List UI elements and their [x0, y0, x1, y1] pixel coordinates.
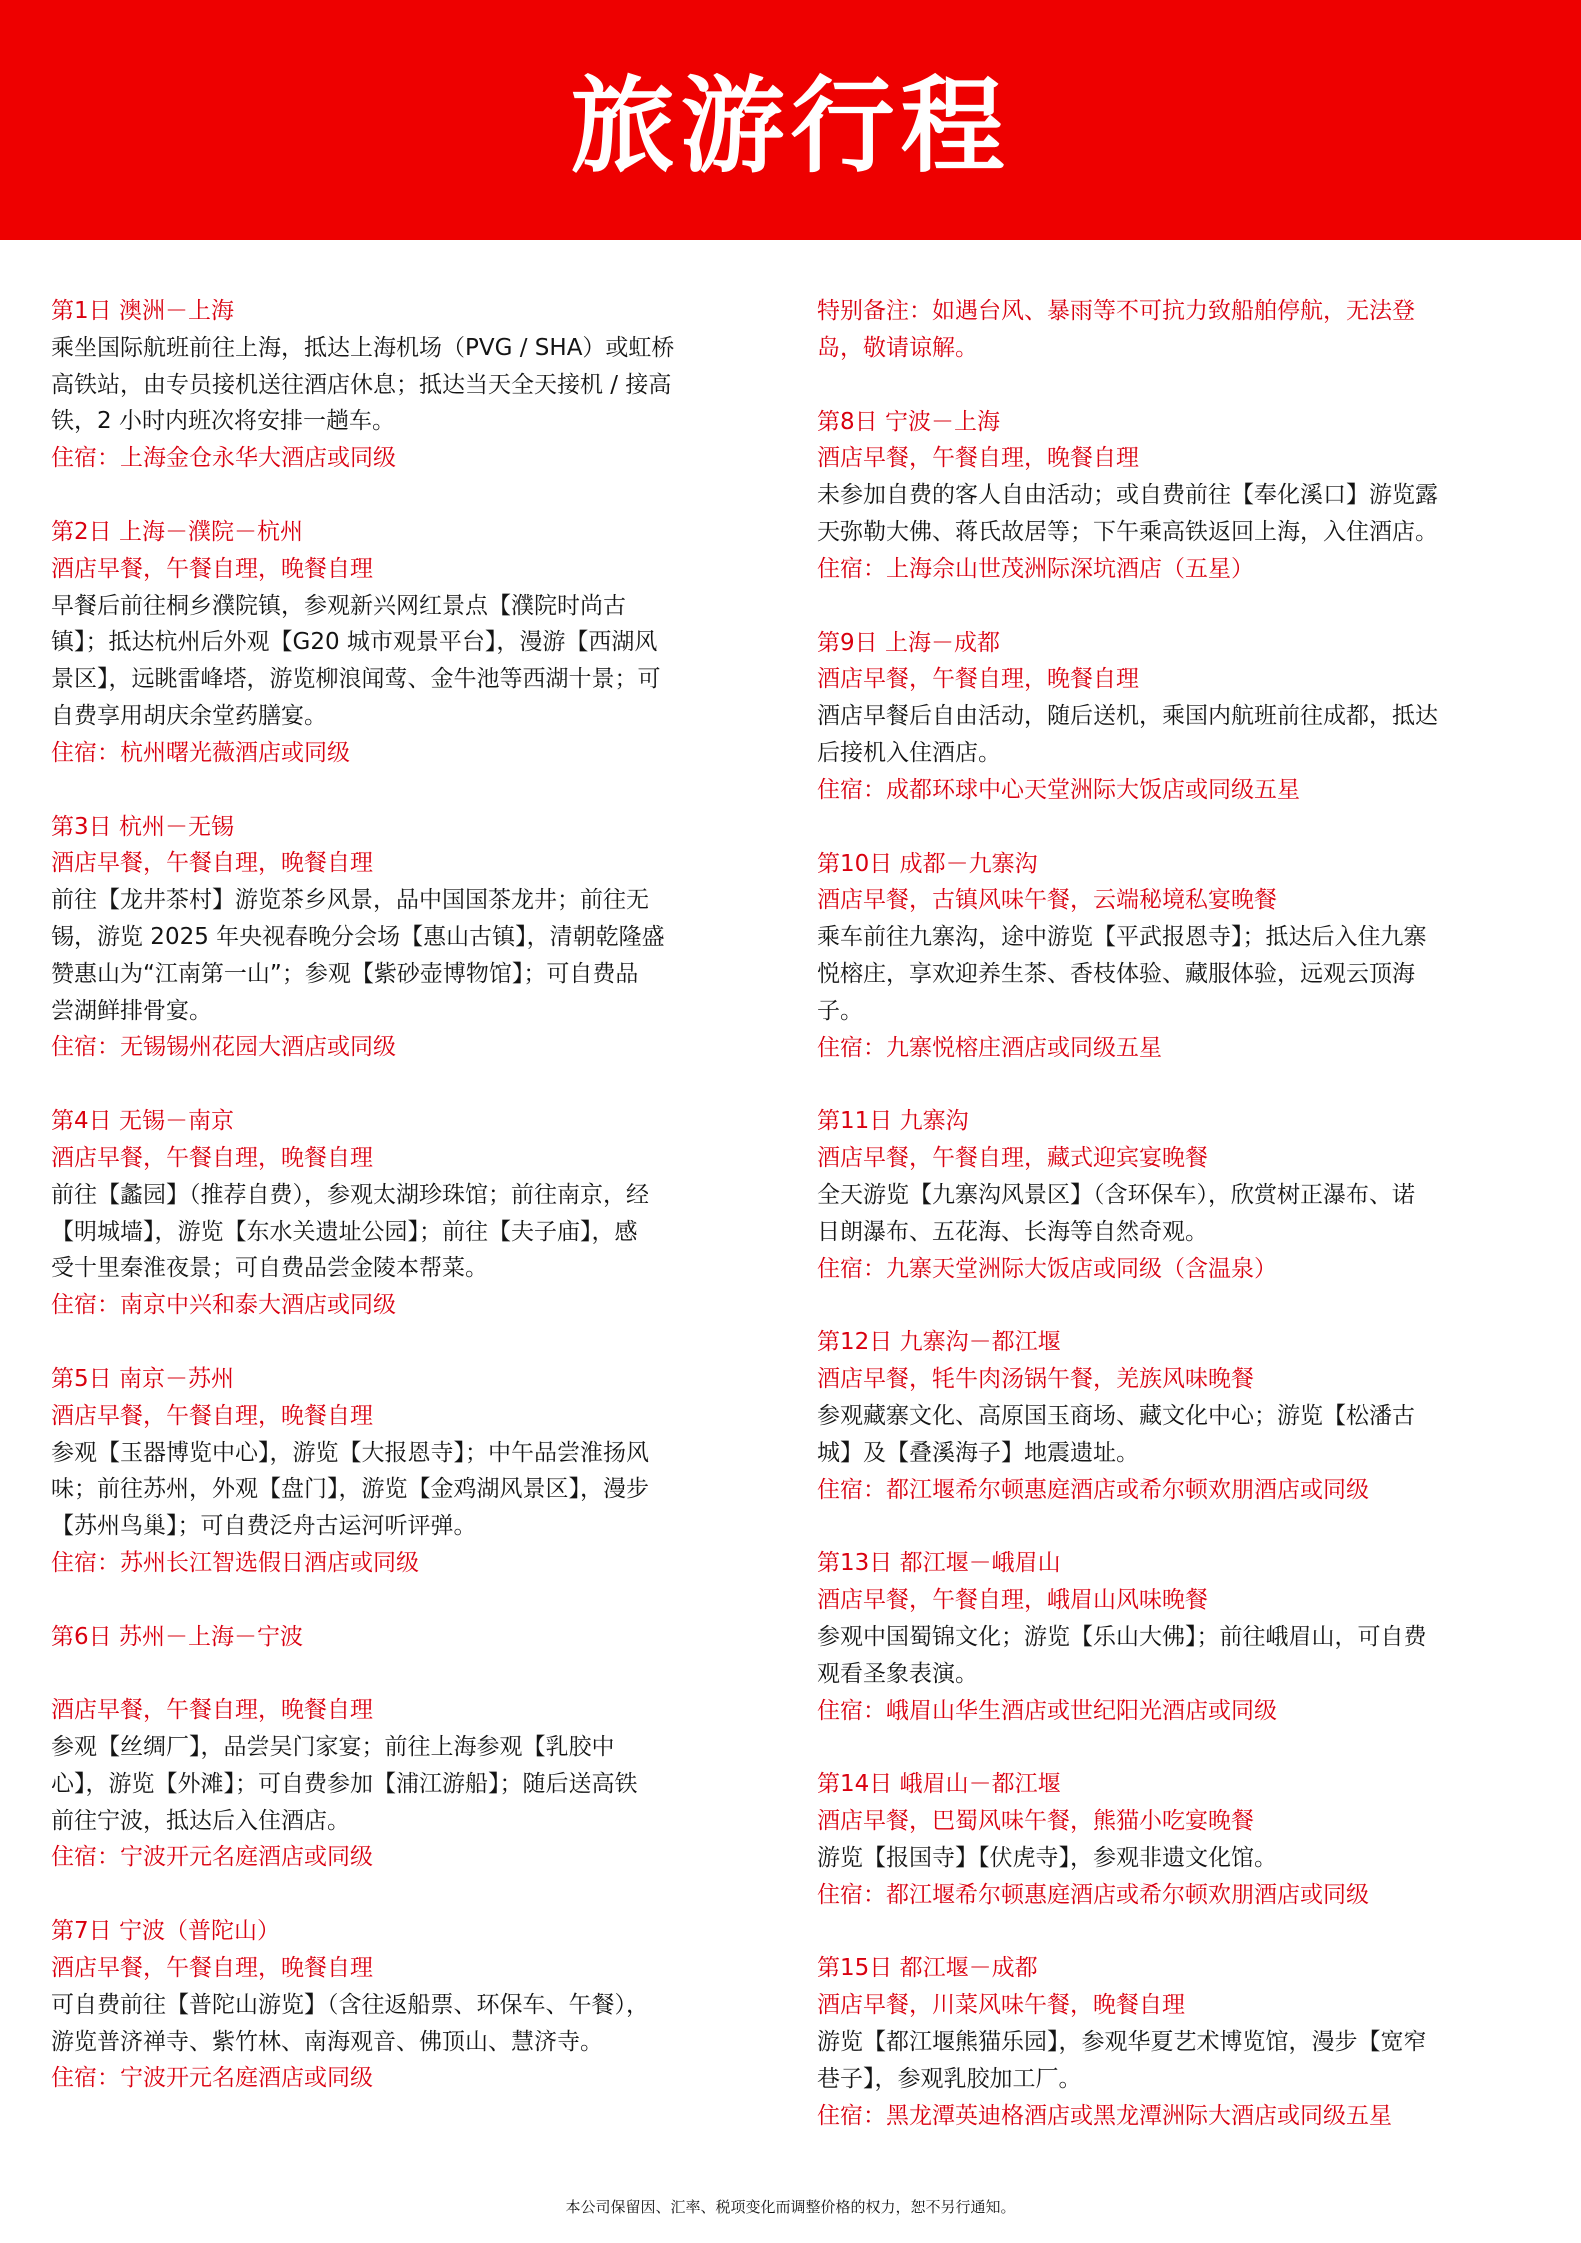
day-title: 第10日 成都－九寨沟	[817, 846, 1537, 883]
day-9: 第9日 上海－成都 酒店早餐，午餐自理，晚餐自理 酒店早餐后自由活动，随后送机，…	[817, 625, 1537, 809]
day-hotel: 住宿：南京中兴和泰大酒店或同级	[51, 1287, 771, 1324]
day-title: 第8日 宁波－上海	[817, 404, 1537, 441]
day-hotel: 住宿：都江堰希尔顿惠庭酒店或希尔顿欢朋酒店或同级	[817, 1877, 1537, 1914]
day-8: 第8日 宁波－上海 酒店早餐，午餐自理，晚餐自理 未参加自费的客人自由活动；或自…	[817, 404, 1537, 588]
special-note: 特别备注：如遇台风、暴雨等不可抗力致船舶停航，无法登 岛，敬请谅解。	[817, 293, 1537, 367]
day-meals: 酒店早餐，午餐自理，晚餐自理	[51, 1950, 771, 1987]
day-description: 游览【报国寺】【伏虎寺】，参观非遗文化馆。	[817, 1840, 1537, 1877]
day-description: 可自费前往【普陀山游览】（含往返船票、环保车、午餐）， 游览普济禅寺、紫竹林、南…	[51, 1987, 771, 2061]
day-meals: 酒店早餐，川菜风味午餐，晚餐自理	[817, 1987, 1537, 2024]
day-10: 第10日 成都－九寨沟 酒店早餐，古镇风味午餐，云端秘境私宴晚餐 乘车前往九寨沟…	[817, 846, 1537, 1067]
day-meals: 酒店早餐，午餐自理，峨眉山风味晚餐	[817, 1582, 1537, 1619]
day-description: 前往【龙井茶村】游览茶乡风景，品中国国茶龙井；前往无 锡，游览 2025 年央视…	[51, 882, 771, 1029]
day-description: 参观【丝绸厂】，品尝吴门家宴；前往上海参观【乳胶中 心】，游览【外滩】；可自费参…	[51, 1729, 771, 1839]
day-hotel: 住宿：苏州长江智选假日酒店或同级	[51, 1545, 771, 1582]
page-title: 旅游行程	[570, 42, 1010, 192]
day-hotel: 住宿：峨眉山华生酒店或世纪阳光酒店或同级	[817, 1693, 1537, 1730]
day-description: 参观【玉器博览中心】，游览【大报恩寺】；中午品尝淮扬风 味；前往苏州，外观【盘门…	[51, 1435, 771, 1545]
day-title: 第3日 杭州－无锡	[51, 809, 771, 846]
day-hotel: 住宿：上海金仓永华大酒店或同级	[51, 440, 771, 477]
day-title: 第12日 九寨沟－都江堰	[817, 1324, 1537, 1361]
day-description: 乘车前往九寨沟，途中游览【平武报恩寺】；抵达后入住九寨 悦榕庄，享欢迎养生茶、香…	[817, 919, 1537, 1029]
day-title: 第7日 宁波（普陀山）	[51, 1913, 771, 1950]
day-title: 第4日 无锡－南京	[51, 1103, 771, 1140]
day-11: 第11日 九寨沟 酒店早餐，午餐自理，藏式迎宾宴晚餐 全天游览【九寨沟风景区】（…	[817, 1103, 1537, 1287]
day-hotel: 住宿：黑龙潭英迪格酒店或黑龙潭洲际大酒店或同级五星	[817, 2098, 1537, 2135]
itinerary-right-column: 特别备注：如遇台风、暴雨等不可抗力致船舶停航，无法登 岛，敬请谅解。 第8日 宁…	[817, 293, 1537, 2171]
day-meals: 酒店早餐，午餐自理，晚餐自理	[51, 551, 771, 588]
day-title: 第5日 南京－苏州	[51, 1361, 771, 1398]
day-description: 全天游览【九寨沟风景区】（含环保车），欣赏树正瀑布、诺 日朗瀑布、五花海、长海等…	[817, 1177, 1537, 1251]
day-meals: 酒店早餐，午餐自理，晚餐自理	[51, 1692, 771, 1729]
day-hotel: 住宿：上海佘山世茂洲际深坑酒店（五星）	[817, 551, 1537, 588]
day-2: 第2日 上海－濮院－杭州 酒店早餐，午餐自理，晚餐自理 早餐后前往桐乡濮院镇，参…	[51, 514, 771, 772]
day-meals: 酒店早餐，牦牛肉汤锅午餐，羌族风味晚餐	[817, 1361, 1537, 1398]
day-description: 早餐后前往桐乡濮院镇，参观新兴网红景点【濮院时尚古 镇】；抵达杭州后外观【G20…	[51, 588, 771, 735]
day-meals: 酒店早餐，午餐自理，晚餐自理	[51, 1140, 771, 1177]
day-hotel: 住宿：宁波开元名庭酒店或同级	[51, 1839, 771, 1876]
day-title: 第1日 澳洲－上海	[51, 293, 771, 330]
day-14: 第14日 峨眉山－都江堰 酒店早餐，巴蜀风味午餐，熊猫小吃宴晚餐 游览【报国寺】…	[817, 1766, 1537, 1913]
day-title: 第2日 上海－濮院－杭州	[51, 514, 771, 551]
day-meals: 酒店早餐，午餐自理，晚餐自理	[817, 440, 1537, 477]
day-13: 第13日 都江堰－峨眉山 酒店早餐，午餐自理，峨眉山风味晚餐 参观中国蜀锦文化；…	[817, 1545, 1537, 1729]
day-6: 第6日 苏州－上海－宁波 酒店早餐，午餐自理，晚餐自理 参观【丝绸厂】，品尝吴门…	[51, 1619, 771, 1877]
day-description: 未参加自费的客人自由活动；或自费前往【奉化溪口】游览露 天弥勒大佛、蒋氏故居等；…	[817, 477, 1537, 551]
day-4: 第4日 无锡－南京 酒店早餐，午餐自理，晚餐自理 前往【蠡园】（推荐自费），参观…	[51, 1103, 771, 1324]
day-meals: 酒店早餐，午餐自理，晚餐自理	[51, 845, 771, 882]
day-description: 前往【蠡园】（推荐自费），参观太湖珍珠馆；前往南京，经 【明城墙】，游览【东水关…	[51, 1177, 771, 1287]
day-description: 乘坐国际航班前往上海，抵达上海机场（PVG / SHA）或虹桥 高铁站，由专员接…	[51, 330, 771, 440]
day-title: 第15日 都江堰－成都	[817, 1950, 1537, 1987]
day-description: 游览【都江堰熊猫乐园】，参观华夏艺术博览馆，漫步【宽窄 巷子】，参观乳胶加工厂。	[817, 2024, 1537, 2098]
day-description: 参观藏寨文化、高原国玉商场、藏文化中心；游览【松潘古 城】及【叠溪海子】地震遗址…	[817, 1398, 1537, 1472]
day-3: 第3日 杭州－无锡 酒店早餐，午餐自理，晚餐自理 前往【龙井茶村】游览茶乡风景，…	[51, 809, 771, 1067]
day-1: 第1日 澳洲－上海 乘坐国际航班前往上海，抵达上海机场（PVG / SHA）或虹…	[51, 293, 771, 477]
day-15: 第15日 都江堰－成都 酒店早餐，川菜风味午餐，晚餐自理 游览【都江堰熊猫乐园】…	[817, 1950, 1537, 2134]
day-hotel: 住宿：宁波开元名庭酒店或同级	[51, 2060, 771, 2097]
day-hotel: 住宿：都江堰希尔顿惠庭酒店或希尔顿欢朋酒店或同级	[817, 1472, 1537, 1509]
day-title: 第6日 苏州－上海－宁波	[51, 1619, 771, 1656]
day-hotel: 住宿：无锡锡州花园大酒店或同级	[51, 1029, 771, 1066]
day-meals: 酒店早餐，午餐自理，藏式迎宾宴晚餐	[817, 1140, 1537, 1177]
day-hotel: 住宿：九寨悦榕庄酒店或同级五星	[817, 1030, 1537, 1067]
day-meals: 酒店早餐，古镇风味午餐，云端秘境私宴晚餐	[817, 882, 1537, 919]
itinerary-left-column: 第1日 澳洲－上海 乘坐国际航班前往上海，抵达上海机场（PVG / SHA）或虹…	[51, 293, 771, 2134]
day-hotel: 住宿：九寨天堂洲际大饭店或同级（含温泉）	[817, 1251, 1537, 1288]
day-meals: 酒店早餐，午餐自理，晚餐自理	[817, 661, 1537, 698]
day-meals: 酒店早餐，午餐自理，晚餐自理	[51, 1398, 771, 1435]
title-banner: 旅游行程	[0, 0, 1581, 240]
day-5: 第5日 南京－苏州 酒店早餐，午餐自理，晚餐自理 参观【玉器博览中心】，游览【大…	[51, 1361, 771, 1582]
footer-disclaimer: 本公司保留因、汇率、税项变化而调整价格的权力，恕不另行通知。	[0, 2196, 1581, 2217]
day-title: 第14日 峨眉山－都江堰	[817, 1766, 1537, 1803]
day-description: 参观中国蜀锦文化；游览【乐山大佛】；前往峨眉山，可自费 观看圣象表演。	[817, 1619, 1537, 1693]
day-description: 酒店早餐后自由活动，随后送机，乘国内航班前往成都，抵达 后接机入住酒店。	[817, 698, 1537, 772]
day-title: 第11日 九寨沟	[817, 1103, 1537, 1140]
day-hotel: 住宿：杭州曙光薇酒店或同级	[51, 735, 771, 772]
spacer	[51, 1656, 771, 1693]
day-hotel: 住宿：成都环球中心天堂洲际大饭店或同级五星	[817, 772, 1537, 809]
day-12: 第12日 九寨沟－都江堰 酒店早餐，牦牛肉汤锅午餐，羌族风味晚餐 参观藏寨文化、…	[817, 1324, 1537, 1508]
day-meals: 酒店早餐，巴蜀风味午餐，熊猫小吃宴晚餐	[817, 1803, 1537, 1840]
day-title: 第13日 都江堰－峨眉山	[817, 1545, 1537, 1582]
day-title: 第9日 上海－成都	[817, 625, 1537, 662]
special-note-block: 特别备注：如遇台风、暴雨等不可抗力致船舶停航，无法登 岛，敬请谅解。	[817, 293, 1537, 367]
day-7: 第7日 宁波（普陀山） 酒店早餐，午餐自理，晚餐自理 可自费前往【普陀山游览】（…	[51, 1913, 771, 2097]
